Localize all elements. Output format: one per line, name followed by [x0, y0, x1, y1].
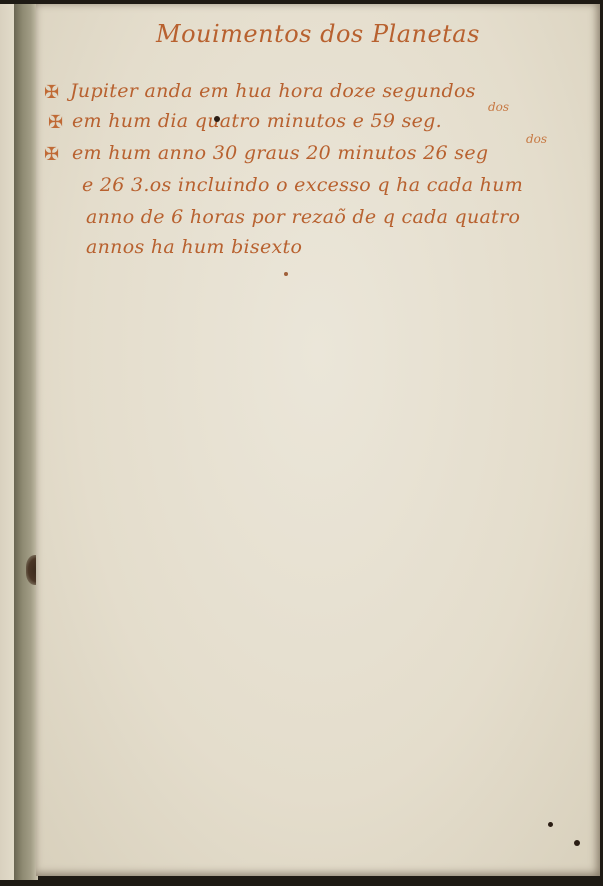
manuscript-line-4: e 26 3.os incluindo o excesso q ha cada … — [82, 174, 523, 196]
manuscript-line-3: em hum anno 30 graus 20 minutos 26 seg — [72, 142, 488, 164]
ink-spot — [574, 840, 580, 846]
page-title: Mouimentos dos Planetas — [156, 20, 480, 48]
ink-dot — [284, 272, 288, 276]
cross-marker-icon: ✠ — [44, 144, 59, 165]
book-gutter — [14, 4, 38, 880]
manuscript-line-5: anno de 6 horas por rezaõ de q cada quat… — [86, 206, 520, 228]
manuscript-line-6: annos ha hum bisexto — [86, 236, 302, 258]
ink-blot — [214, 116, 220, 122]
ink-spot — [548, 822, 553, 827]
superscript-note: dos — [488, 100, 509, 114]
superscript-note: dos — [526, 132, 547, 146]
manuscript-line-2: em hum dia quatro minutos e 59 seg. — [72, 110, 442, 132]
manuscript-line-1: Jupiter anda em hua hora doze segundos — [70, 80, 476, 102]
manuscript-page: Mouimentos dos Planetas ✠ Jupiter anda e… — [36, 4, 600, 876]
cross-marker-icon: ✠ — [44, 82, 59, 103]
cross-marker-icon: ✠ — [48, 112, 63, 133]
